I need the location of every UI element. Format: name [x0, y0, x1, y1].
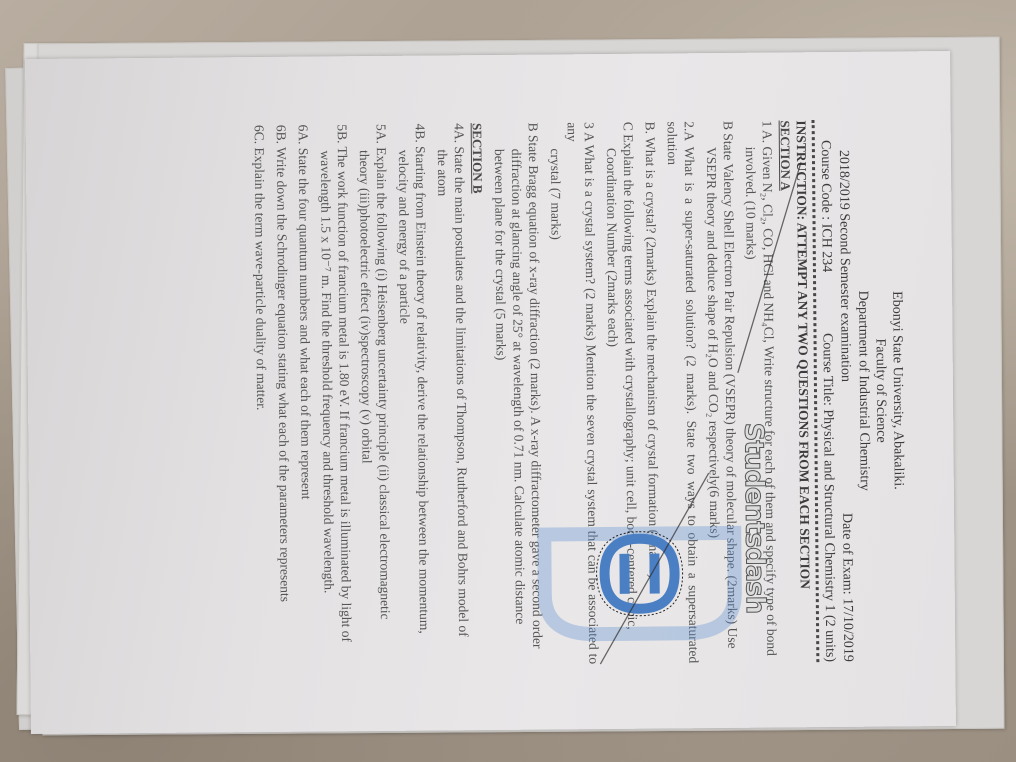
- question-6c: 6C. Explain the term wave-particle duali…: [251, 125, 273, 667]
- question-line: 6A. State the four quantum numbers and w…: [295, 125, 317, 667]
- pen-strike-line: [406, 141, 911, 685]
- question-6a: 6A. State the four quantum numbers and w…: [295, 125, 317, 667]
- question-line: 6C. Explain the term wave-particle duali…: [251, 125, 273, 667]
- exam-paper: Ebonyi State University, Abakaliki. Facu…: [25, 51, 956, 734]
- question-5b: 5B. The work function of francium metal …: [317, 124, 356, 666]
- question-5a: 5A. Explain the following (i) Heisenberg…: [356, 124, 395, 666]
- question-line: 5A. Explain the following (i) Heisenberg…: [373, 124, 395, 666]
- question-line: 6B. Write down the Schrodinger equation …: [273, 125, 295, 667]
- question-6b: 6B. Write down the Schrodinger equation …: [273, 125, 295, 667]
